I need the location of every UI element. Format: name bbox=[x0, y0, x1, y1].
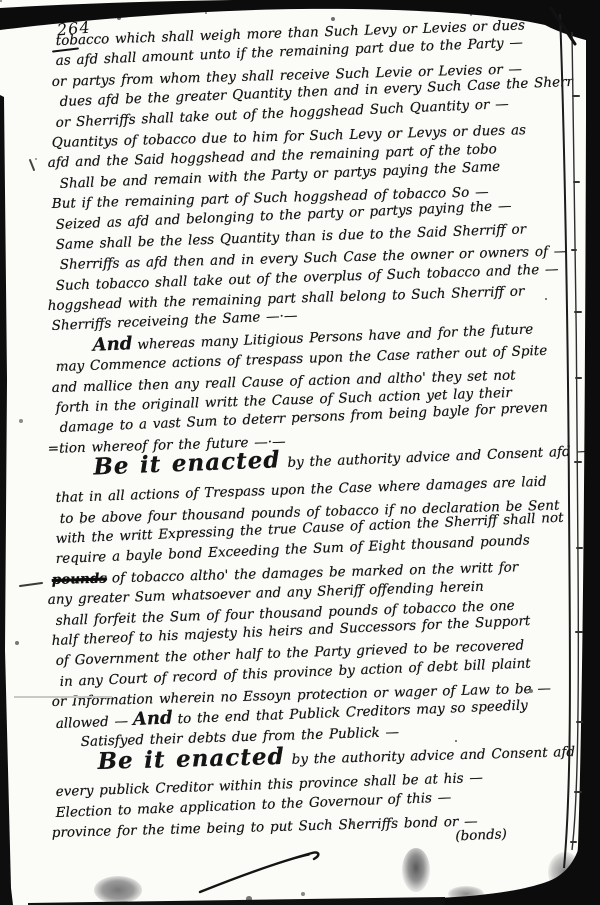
line-text: by the authority advice and Consent afd … bbox=[291, 743, 600, 768]
manuscript-text-block: tobacco which shall weigh more than Such… bbox=[56, 31, 556, 865]
line-text: by the authority advice and Consent afd … bbox=[287, 443, 590, 471]
lead-words: Be it enacted bbox=[97, 743, 285, 775]
ink-smudge bbox=[94, 876, 142, 904]
scanned-manuscript-page: 264 tobacco which shall weigh more than … bbox=[0, 0, 600, 905]
bottom-edge bbox=[28, 897, 445, 905]
speckle-noise bbox=[0, 0, 2, 2]
bleed-through-marks bbox=[571, 96, 582, 842]
margin-dash bbox=[30, 160, 34, 170]
margin-dash bbox=[20, 583, 42, 586]
paper-stain bbox=[548, 852, 582, 892]
left-edge bbox=[0, 95, 13, 905]
lead-words: And bbox=[133, 707, 173, 730]
line-text: (bonds) bbox=[455, 827, 507, 845]
lead-words: And bbox=[92, 333, 132, 356]
line-text: allowed — bbox=[55, 713, 128, 732]
ink-smudge bbox=[402, 848, 430, 892]
struck-out-word: pounds bbox=[52, 570, 108, 587]
lead-words: Be it enacted bbox=[93, 446, 281, 480]
ink-smudge bbox=[448, 886, 484, 902]
